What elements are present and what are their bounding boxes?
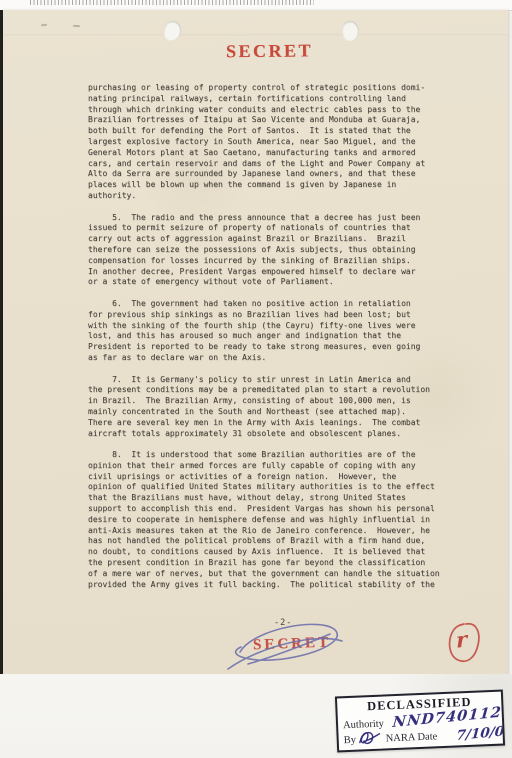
document-paper: SECRET purchasing or leasing of property… [3, 10, 508, 674]
pen-strikethrough-scribble [224, 611, 348, 681]
red-mark-glyph: r [456, 626, 468, 653]
pencil-mark [41, 24, 47, 27]
initials-scribble [355, 727, 386, 748]
paragraph-6: 6. The government had taken no positive … [88, 299, 450, 364]
pencil-mark [73, 25, 80, 27]
paragraph-continuation: purchasing or leasing of property contro… [88, 83, 450, 202]
declassified-stamp: DECLASSIFIED Authority NND740112 By NARA… [335, 690, 505, 753]
punch-hole-right [341, 20, 360, 42]
paragraph-5: 5. The radio and the press announce that… [88, 213, 450, 289]
classification-header-stamp: SECRET [3, 38, 508, 64]
paragraph-8: 8. It is understood that some Brazilian … [88, 450, 450, 590]
typewritten-body: purchasing or leasing of property contro… [88, 83, 450, 601]
paper-crease [3, 34, 508, 36]
nara-date-label: NARA Date [385, 731, 437, 744]
by-label: By [344, 735, 357, 747]
by-nara-row: By NARA Date 7/10/08 [343, 726, 498, 749]
punch-hole-left [163, 20, 183, 42]
paragraph-7: 7. It is Germany's policy to stir unrest… [88, 375, 450, 440]
reviewer-red-mark: r [444, 619, 486, 671]
scanner-ruler-ticks [30, 0, 314, 5]
